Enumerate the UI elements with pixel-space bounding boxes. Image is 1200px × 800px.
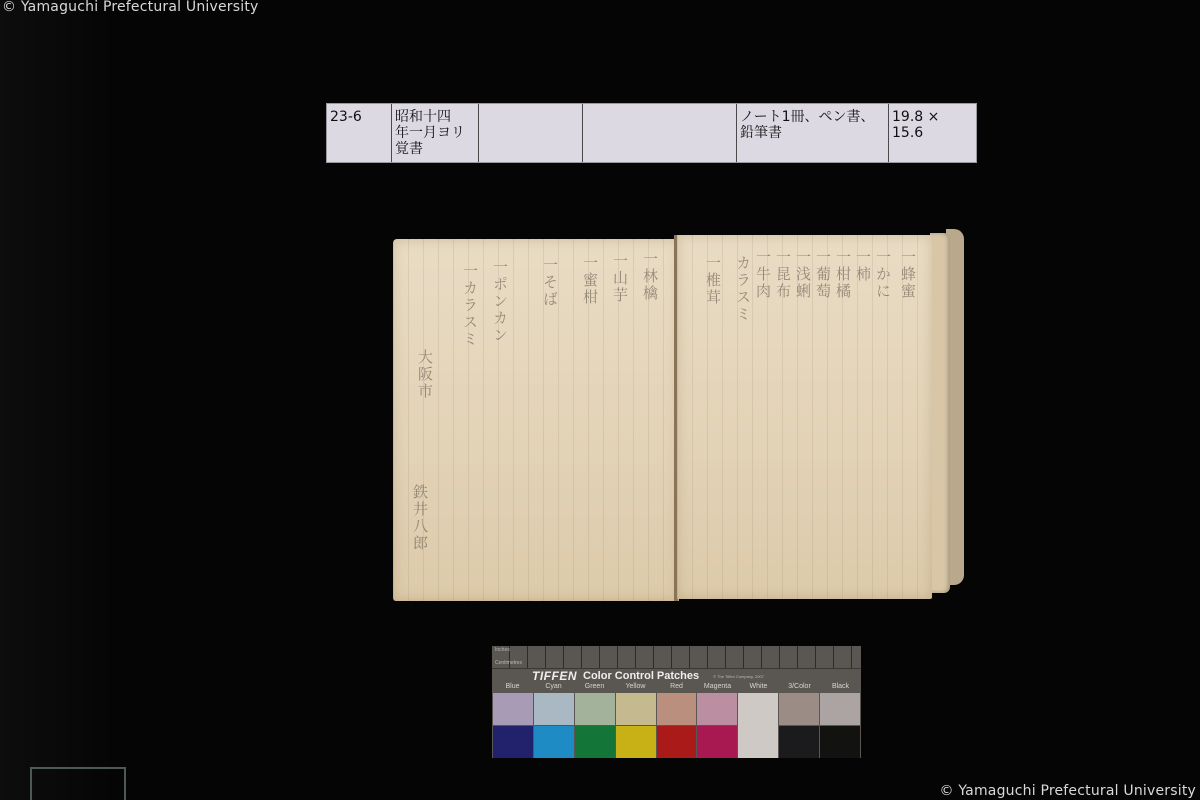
tiffen-color-chart: Inches Centimetres TIFFEN Color Control … <box>492 646 861 758</box>
handwriting-line: カラスミ <box>733 255 752 375</box>
ruler-cm-label: Centimetres <box>495 660 522 666</box>
label-empty-cell-1 <box>479 104 583 162</box>
handwriting-line: 一そば <box>540 257 559 377</box>
patch-label-black: Black <box>820 683 861 693</box>
label-dimensions: 19.8 × 15.6 <box>889 104 976 162</box>
label-empty-cell-2 <box>583 104 737 162</box>
patch-label-magenta: Magenta <box>697 683 738 693</box>
catalog-label: 23-6 昭和十四 年一月ヨリ 覚書 ノート1冊、ペン書、 鉛筆書 19.8 ×… <box>326 103 977 163</box>
patch-label-blue: Blue <box>492 683 533 693</box>
patch-white-light <box>738 693 778 758</box>
handwriting-line: 一葡萄 <box>813 249 832 369</box>
patch-3color-light <box>779 693 819 725</box>
open-notebook: 一林檎 一山芋 一蜜柑 一そば 一ポンカン 一カラスミ 大阪市 鉄井八郎 一蜂蜜… <box>390 229 966 601</box>
handwriting-line: 一蜜柑 <box>580 255 599 375</box>
patch-green-light <box>575 693 615 725</box>
patch-red-light <box>657 693 697 725</box>
handwriting-line: 一浅蜊 <box>793 249 812 369</box>
patch-label-red: Red <box>656 683 697 693</box>
patch-3color-dark <box>779 726 819 758</box>
label-id: 23-6 <box>327 104 392 162</box>
patch-yellow-light <box>616 693 656 725</box>
chart-header: TIFFEN Color Control Patches © The Tiffe… <box>492 669 861 683</box>
patch-label-cyan: Cyan <box>533 683 574 693</box>
patch-red-dark <box>657 726 697 758</box>
ruler: Inches Centimetres <box>492 646 861 669</box>
patch-label-3color: 3/Color <box>779 683 820 693</box>
patch-cyan-dark <box>534 726 574 758</box>
color-patches <box>492 693 861 758</box>
handwriting-line: 一椎茸 <box>703 255 722 375</box>
handwriting-line: 一ポンカン <box>490 259 509 379</box>
copyright-watermark-bottom: © Yamaguchi Prefectural University <box>940 783 1197 799</box>
handwriting-line: 一林檎 <box>640 251 659 371</box>
glass-frame-edge <box>30 767 126 800</box>
patch-yellow-dark <box>616 726 656 758</box>
chart-title: Color Control Patches <box>583 670 699 682</box>
ruler-inches-label: Inches <box>495 647 510 653</box>
patch-black-light <box>820 693 860 725</box>
patch-labels: Blue Cyan Green Yellow Red Magenta White… <box>492 683 861 693</box>
background-shade <box>0 0 110 800</box>
patch-black-dark <box>820 726 860 758</box>
patch-green-dark <box>575 726 615 758</box>
notebook-right-page: 一蜂蜜 一かに 一柿 一柑橘 一葡萄 一浅蜊 一昆布 一牛肉 カラスミ 一椎茸 <box>677 235 932 599</box>
handwriting-line: 一牛肉 <box>753 249 772 369</box>
handwriting-line: 鉄井八郎 <box>410 484 429 604</box>
handwriting-line: 一柑橘 <box>833 249 852 369</box>
handwriting-line: 一カラスミ <box>460 263 479 383</box>
patch-cyan-light <box>534 693 574 725</box>
patch-blue-dark <box>493 726 533 758</box>
patch-label-green: Green <box>574 683 615 693</box>
handwriting-line: 一昆布 <box>773 249 792 369</box>
patch-blue-light <box>493 693 533 725</box>
handwriting-line: 一かに <box>873 249 892 369</box>
patch-magenta-light <box>697 693 737 725</box>
patch-label-yellow: Yellow <box>615 683 656 693</box>
label-title: 昭和十四 年一月ヨリ 覚書 <box>392 104 479 162</box>
handwriting-line: 一山芋 <box>610 253 629 373</box>
notebook-page-edge <box>930 233 950 593</box>
patch-label-white: White <box>738 683 779 693</box>
notebook-left-page: 一林檎 一山芋 一蜜柑 一そば 一ポンカン 一カラスミ 大阪市 鉄井八郎 <box>393 239 679 601</box>
copyright-watermark-top: © Yamaguchi Prefectural University <box>2 0 259 15</box>
handwriting-line: 一蜂蜜 <box>898 249 917 369</box>
handwriting-line: 一柿 <box>853 249 872 369</box>
label-description: ノート1冊、ペン書、 鉛筆書 <box>737 104 889 162</box>
tiffen-logo: TIFFEN <box>532 669 577 683</box>
chart-copyright: © The Tiffen Company, 2007 <box>713 674 764 679</box>
handwriting-line: 大阪市 <box>415 349 434 469</box>
patch-magenta-dark <box>697 726 737 758</box>
